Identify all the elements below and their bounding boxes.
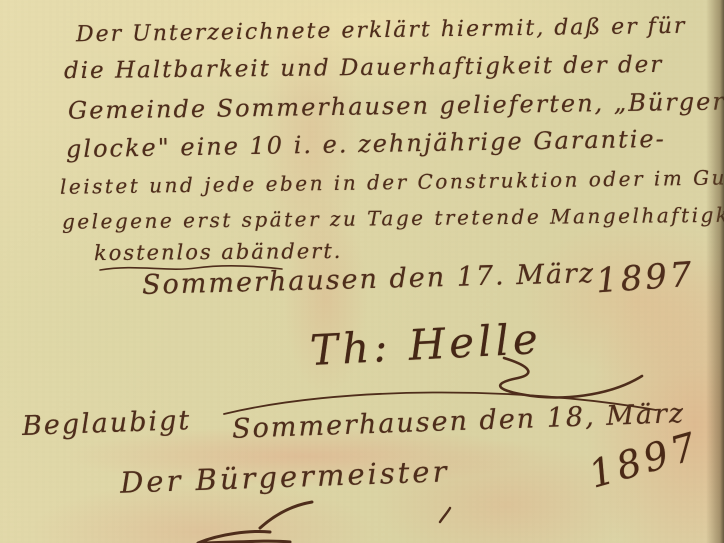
document-photo: Der Unterzeichnete erklärt hiermit, daß … — [0, 0, 724, 543]
cutoff-signature-strokes — [140, 500, 500, 543]
body-line-6: gelegene erst später zu Tage tretende Ma… — [62, 202, 724, 233]
body-line-5: leistet und jede eben in der Construktio… — [60, 165, 724, 199]
signature: Th: Helle — [309, 314, 543, 375]
attestation-label: Beglaubigt — [22, 405, 192, 442]
attestation-year: 1897 — [584, 423, 704, 496]
body-line-2: die Haltbarkeit und Dauerhaftigkeit der … — [64, 52, 664, 84]
photo-edge-shadow — [706, 0, 724, 543]
dateline-year: 1897 — [595, 255, 696, 302]
body-line-4: glocke" eine 10 i. e. zehnjährige Garant… — [66, 125, 666, 163]
body-line-1: Der Unterzeichnete erklärt hiermit, daß … — [76, 14, 687, 48]
body-line-7: kostenlos abändert. — [94, 239, 343, 265]
body-line-3: Gemeinde Sommerhausen gelieferten, „Bürg… — [68, 87, 724, 124]
dateline-place-date: Sommerhausen den 17. März — [142, 258, 596, 301]
attestation-signer-title: Der Bürgermeister — [120, 454, 450, 499]
attestation-place-date: Sommerhausen den 18, März — [232, 398, 686, 445]
